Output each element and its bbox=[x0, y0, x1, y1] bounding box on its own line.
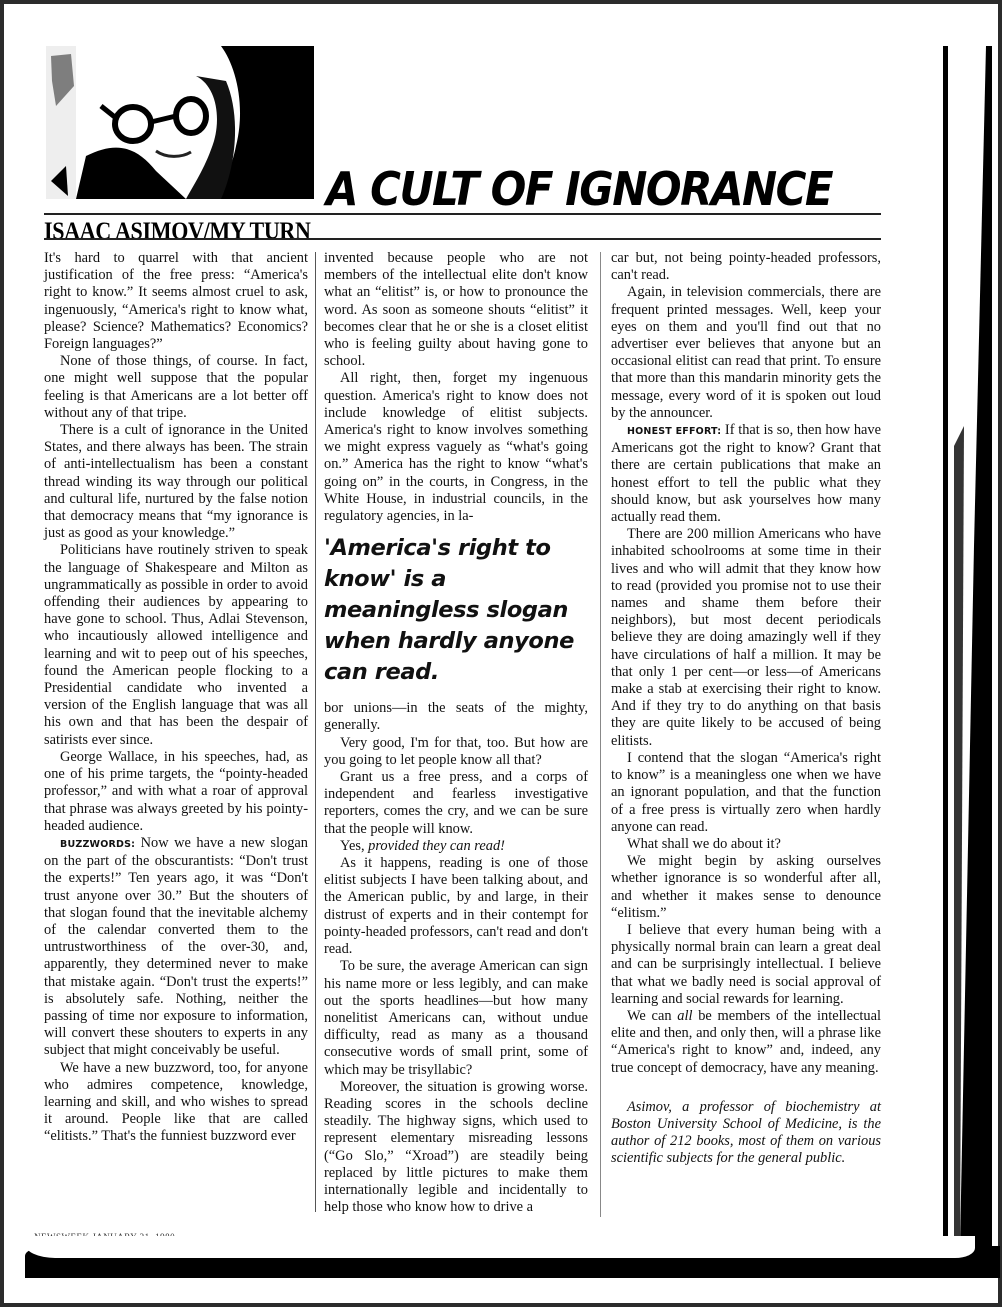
portrait-image bbox=[46, 46, 314, 199]
paragraph: None of those things, of course. In fact… bbox=[44, 353, 308, 422]
paragraph: All right, then, forget my ingenuous que… bbox=[324, 370, 588, 525]
paragraph: There are 200 million Americans who have… bbox=[611, 526, 881, 750]
paragraph: bor unions—in the seats of the mighty, g… bbox=[324, 700, 588, 734]
paragraph: invented because people who are not memb… bbox=[324, 250, 588, 370]
author-bio: Asimov, a professor of biochemistry at B… bbox=[611, 1099, 881, 1168]
page-curl bbox=[25, 1236, 975, 1258]
page-binding-shadow bbox=[954, 46, 998, 1246]
column-3: car but, not being pointy-headed profess… bbox=[611, 250, 881, 1168]
paragraph: George Wallace, in his speeches, had, as… bbox=[44, 749, 308, 835]
paragraph: Moreover, the situation is growing worse… bbox=[324, 1079, 588, 1217]
paragraph: BUZZWORDS: Now we have a new slogan on t… bbox=[44, 835, 308, 1060]
paragraph: I contend that the slogan “America's rig… bbox=[611, 750, 881, 836]
column-divider bbox=[600, 252, 601, 1217]
subhead-buzzwords: BUZZWORDS: bbox=[60, 839, 135, 850]
author-photo bbox=[46, 46, 314, 199]
paragraph: We might begin by asking ourselves wheth… bbox=[611, 853, 881, 922]
subhead-honest-effort: HONEST EFFORT: bbox=[627, 426, 721, 437]
paragraph: To be sure, the average American can sig… bbox=[324, 958, 588, 1078]
paragraph: Grant us a free press, and a corps of in… bbox=[324, 769, 588, 838]
headline: A CULT OF IGNORANCE bbox=[326, 162, 832, 216]
pull-quote: 'America's right to know' is a meaningle… bbox=[324, 533, 588, 688]
paragraph: As it happens, reading is one of those e… bbox=[324, 855, 588, 958]
paragraph: There is a cult of ignorance in the Unit… bbox=[44, 422, 308, 542]
byline-rule bbox=[44, 238, 881, 240]
paragraph: We have a new buzzword, too, for anyone … bbox=[44, 1060, 308, 1146]
paragraph: We can all be members of the intellectua… bbox=[611, 1008, 881, 1077]
paragraph: Again, in television commercials, there … bbox=[611, 284, 881, 422]
column-divider bbox=[315, 252, 316, 1212]
paragraph: Yes, provided they can read! bbox=[324, 838, 588, 855]
paragraph: Very good, I'm for that, too. But how ar… bbox=[324, 735, 588, 769]
paragraph: HONEST EFFORT: If that is so, then how h… bbox=[611, 422, 881, 526]
paragraph: It's hard to quarrel with that ancient j… bbox=[44, 250, 308, 353]
paragraph: car but, not being pointy-headed profess… bbox=[611, 250, 881, 284]
byline: ISAAC ASIMOV/MY TURN bbox=[44, 216, 311, 246]
column-2: invented because people who are not memb… bbox=[324, 250, 588, 1216]
top-rule bbox=[44, 213, 881, 215]
column-1: It's hard to quarrel with that ancient j… bbox=[44, 250, 308, 1146]
paragraph: What shall we do about it? bbox=[611, 836, 881, 853]
magazine-page: A CULT OF IGNORANCE ISAAC ASIMOV/MY TURN… bbox=[4, 4, 998, 1303]
paragraph: I believe that every human being with a … bbox=[611, 922, 881, 1008]
paragraph: Politicians have routinely striven to sp… bbox=[44, 542, 308, 748]
page-edge-line bbox=[943, 46, 948, 1246]
